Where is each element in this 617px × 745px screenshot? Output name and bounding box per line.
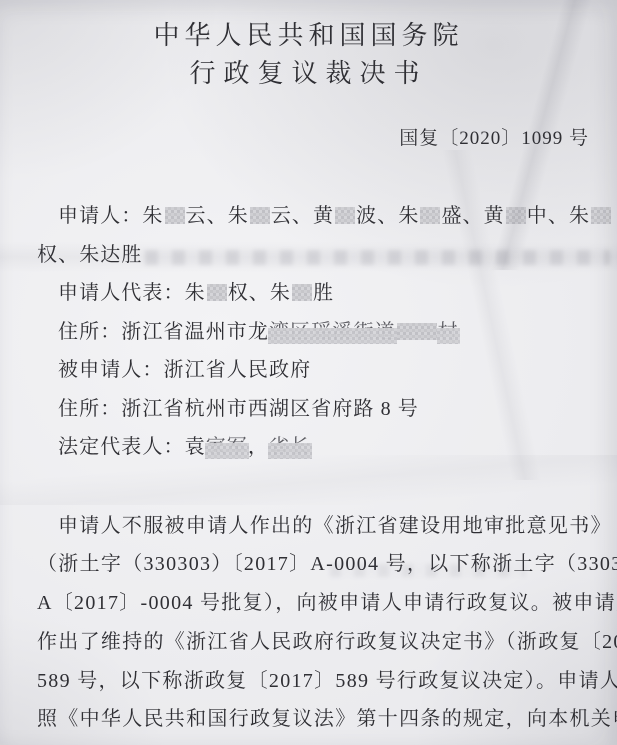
ghost-redacted-text: 村 bbox=[438, 321, 459, 343]
document-subtitle: 行政复议裁决书 bbox=[0, 55, 617, 93]
redaction-block bbox=[165, 207, 185, 224]
ghost-redacted-text: 家军 bbox=[206, 436, 248, 458]
text-line: （浙土字（330303）〔2017〕A-0004 号，以下称浙土字（330303… bbox=[0, 545, 617, 584]
text-line: 作出了维持的《浙江省人民政府行政复议决定书》（浙政复〔2017〕 bbox=[0, 623, 617, 662]
text-run: 权、朱 bbox=[228, 282, 291, 304]
text-run: 胜 bbox=[313, 282, 334, 304]
text-line: 法定代表人：袁家军，省长 bbox=[0, 428, 617, 467]
redaction-block bbox=[397, 323, 437, 340]
redaction-block bbox=[420, 207, 440, 224]
text-run: （浙土字（330303）〔2017〕A-0004 号，以下称浙土字（330303… bbox=[37, 553, 617, 575]
redaction-block bbox=[250, 207, 270, 224]
document-number: 国复〔2020〕1099 号 bbox=[0, 124, 617, 154]
redaction-block bbox=[506, 207, 526, 224]
text-run: 住所：浙江省杭州市西湖区省府路 8 号 bbox=[58, 398, 419, 420]
document-title: 中华人民共和国国务院 bbox=[0, 17, 617, 55]
text-run: 照《中华人民共和国行政复议法》第十四条的规定，向本机关申 bbox=[37, 708, 617, 730]
text-line: 住所：浙江省杭州市西湖区省府路 8 号 bbox=[0, 390, 617, 429]
text-line: A〔2017〕-0004 号批复），向被申请人申请行政复议。被申请人 bbox=[0, 584, 617, 623]
text-run: 被申请人：浙江省人民政府 bbox=[58, 359, 311, 381]
text-line: 照《中华人民共和国行政复议法》第十四条的规定，向本机关申 bbox=[0, 700, 617, 739]
text-line: 申请人：朱云、朱云、黄波、朱盛、黄中、朱 bbox=[0, 197, 617, 236]
text-line: 589 号，以下称浙政复〔2017〕589 号行政复议决定）。申请人依 bbox=[0, 662, 617, 701]
text-run: 波、朱 bbox=[356, 205, 419, 227]
text-run: 盛、黄 bbox=[441, 205, 504, 227]
text-line: 权、朱达胜 bbox=[0, 236, 617, 275]
text-run: 作出了维持的《浙江省人民政府行政复议决定书》（浙政复〔2017〕 bbox=[37, 631, 617, 653]
text-run: 589 号，以下称浙政复〔2017〕589 号行政复议决定）。申请人依 bbox=[37, 670, 617, 692]
text-line: 被申请人：浙江省人民政府 bbox=[0, 351, 617, 390]
text-run: 中、朱 bbox=[527, 205, 590, 227]
text-run: ， bbox=[248, 436, 269, 458]
text-run: A〔2017〕-0004 号批复），向被申请人申请行政复议。被申请人 bbox=[37, 592, 617, 614]
parties-info-section: 申请人：朱云、朱云、黄波、朱盛、黄中、朱权、朱达胜申请人代表：朱权、朱胜住所：浙… bbox=[0, 197, 617, 467]
scanned-document-page: 中华人民共和国国务院 行政复议裁决书 国复〔2020〕1099 号 申请人：朱云… bbox=[0, 0, 617, 745]
text-run: 法定代表人：袁 bbox=[58, 436, 206, 458]
redaction-block bbox=[292, 284, 312, 301]
redaction-block bbox=[207, 284, 227, 301]
ghost-redacted-text: 湾区瑶溪街道 bbox=[269, 321, 396, 343]
body-text-section: 申请人不服被申请人作出的《浙江省建设用地审批意见书》（浙土字（330303）〔2… bbox=[0, 507, 617, 740]
document-header: 中华人民共和国国务院 行政复议裁决书 bbox=[0, 0, 617, 93]
text-run: 申请人不服被申请人作出的《浙江省建设用地审批意见书》 bbox=[58, 515, 612, 537]
text-run: 云、朱 bbox=[186, 205, 249, 227]
text-run: 权、朱达胜 bbox=[37, 244, 143, 266]
text-line: 住所：浙江省温州市龙湾区瑶溪街道村 bbox=[0, 313, 617, 352]
text-run: 云、黄 bbox=[271, 205, 334, 227]
text-run: 住所：浙江省温州市龙 bbox=[58, 321, 269, 343]
text-run: 申请人代表：朱 bbox=[58, 282, 206, 304]
redaction-block bbox=[335, 207, 355, 224]
text-line: 申请人不服被申请人作出的《浙江省建设用地审批意见书》 bbox=[0, 507, 617, 546]
ghost-redacted-text: 省长 bbox=[269, 436, 311, 458]
text-run: 申请人：朱 bbox=[58, 205, 164, 227]
text-line: 申请人代表：朱权、朱胜 bbox=[0, 274, 617, 313]
redaction-block bbox=[591, 207, 611, 224]
